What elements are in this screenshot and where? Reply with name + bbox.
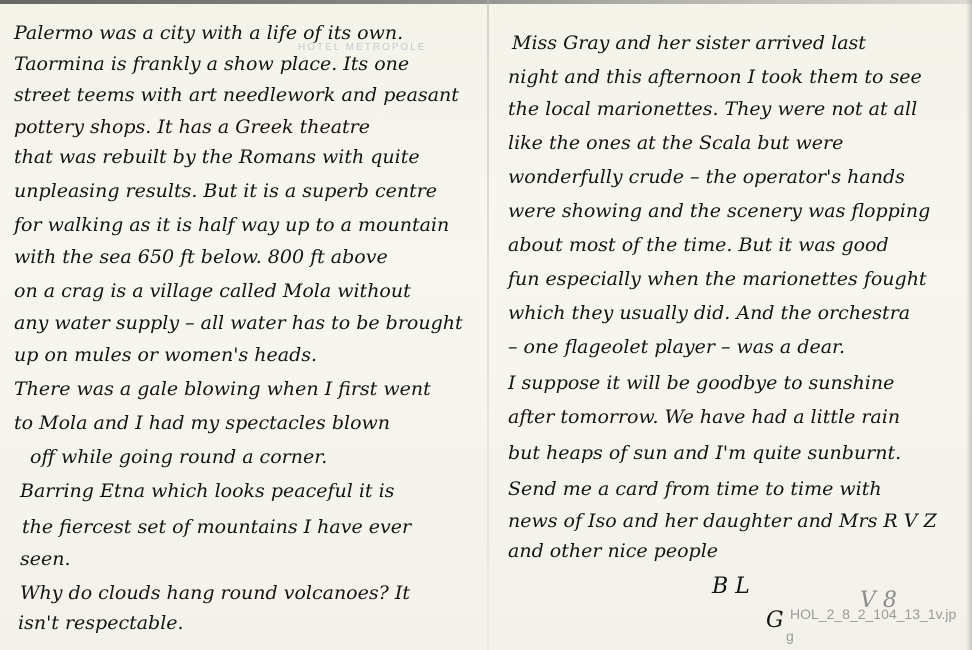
filename-watermark: HOL_2_8_2_104_13_1v.jp — [790, 606, 956, 622]
text-line: Barring Etna which looks peaceful it is — [20, 480, 394, 502]
signature-initials: B L — [712, 574, 750, 599]
text-line: pottery shops. It has a Greek theatre — [14, 116, 370, 138]
text-line: the fiercest set of mountains I have eve… — [22, 516, 411, 538]
paper-top-edge — [0, 0, 972, 4]
text-line: that was rebuilt by the Romans with quit… — [14, 146, 420, 168]
text-line: about most of the time. But it was good — [508, 234, 889, 256]
text-line: were showing and the scenery was floppin… — [508, 200, 930, 222]
paper-right-edge — [966, 0, 972, 650]
text-line: up on mules or women's heads. — [14, 344, 317, 366]
text-line: isn't respectable. — [18, 612, 184, 634]
text-line: – one flageolet player – was a dear. — [508, 336, 845, 358]
text-line: fun especially when the marionettes foug… — [508, 268, 927, 290]
text-line: wonderfully crude – the operator's hands — [508, 166, 905, 188]
text-line: Send me a card from time to time with — [508, 478, 882, 500]
text-line: like the ones at the Scala but were — [508, 132, 843, 154]
text-line: seen. — [20, 548, 71, 570]
letter-scan: HOTEL METROPOLE Palermo was a city with … — [0, 0, 972, 650]
text-line: unpleasing results. But it is a superb c… — [14, 180, 437, 202]
signature-second-line: G — [766, 608, 784, 633]
text-line: Palermo was a city with a life of its ow… — [14, 22, 403, 44]
filename-watermark-tail: g — [786, 628, 794, 644]
text-line: for walking as it is half way up to a mo… — [14, 214, 449, 236]
text-line: I suppose it will be goodbye to sunshine — [508, 372, 894, 394]
text-line: on a crag is a village called Mola witho… — [14, 280, 411, 302]
text-line: after tomorrow. We have had a little rai… — [508, 406, 900, 428]
text-line: Taormina is frankly a show place. Its on… — [14, 53, 409, 75]
text-line: off while going round a corner. — [30, 446, 327, 468]
text-line: any water supply – all water has to be b… — [14, 312, 463, 334]
text-line: and other nice people — [508, 540, 718, 562]
text-line: Why do clouds hang round volcanoes? It — [20, 582, 410, 604]
text-line: night and this afternoon I took them to … — [508, 66, 922, 88]
text-line: street teems with art needlework and pea… — [14, 84, 459, 106]
text-line: There was a gale blowing when I first we… — [14, 378, 431, 400]
text-line: to Mola and I had my spectacles blown — [14, 412, 390, 434]
text-line: which they usually did. And the orchestr… — [508, 302, 910, 324]
text-line: but heaps of sun and I'm quite sunburnt. — [508, 442, 901, 464]
page-fold — [487, 0, 489, 650]
text-line: Miss Gray and her sister arrived last — [512, 32, 866, 54]
text-line: with the sea 650 ft below. 800 ft above — [14, 246, 388, 268]
text-line: news of Iso and her daughter and Mrs R V… — [508, 510, 937, 532]
text-line: the local marionettes. They were not at … — [508, 98, 917, 120]
